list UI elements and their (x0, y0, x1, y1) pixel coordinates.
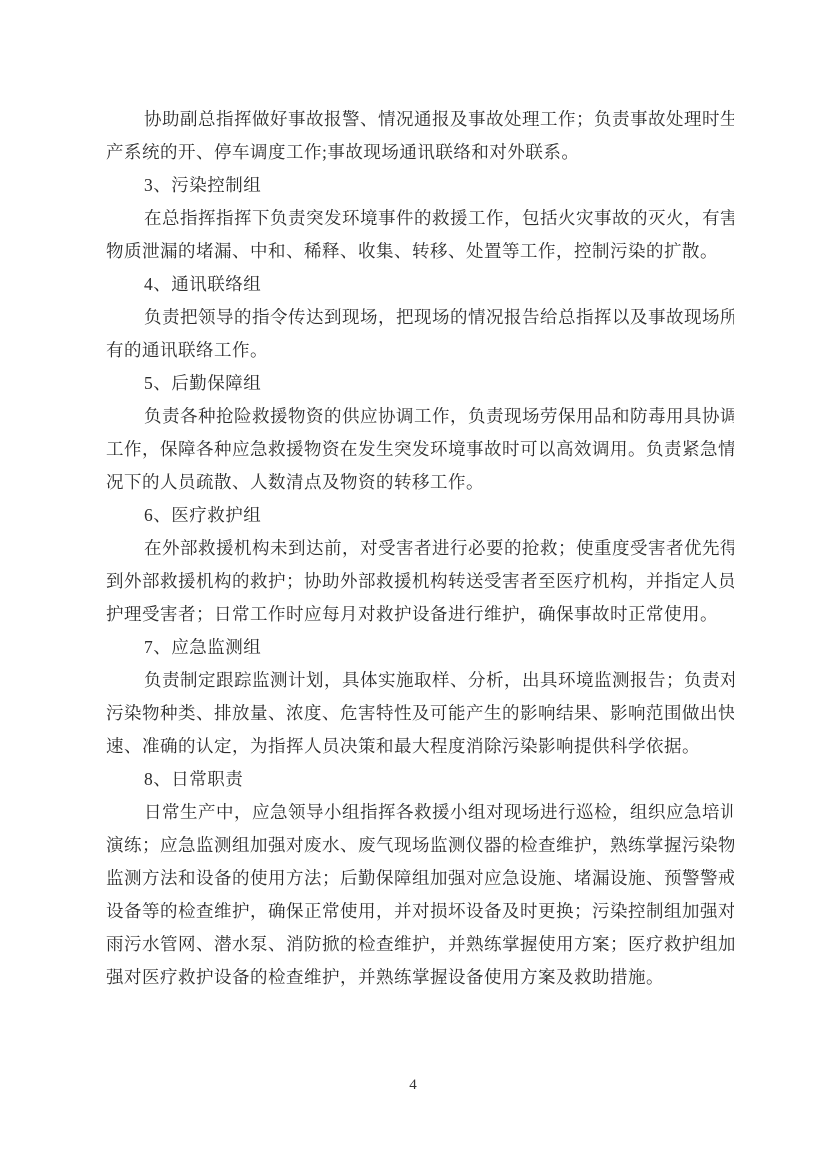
text-line: 雨污水管网、潜水泵、消防掀的检查维护，并熟练掌握使用方案；医疗救护组加 (106, 928, 734, 961)
document-page: 协助副总指挥做好事故报警、情况通报及事故处理工作；负责事故处理时生产系统的开、停… (0, 0, 826, 1169)
text-line: 物质泄漏的堵漏、中和、稀释、收集、转移、处置等工作，控制污染的扩散。 (106, 235, 734, 268)
text-line: 演练；应急监测组加强对废水、废气现场监测仪器的检查维护，熟练掌握污染物 (106, 829, 734, 862)
heading-line: 5、后勤保障组 (106, 367, 734, 400)
section-heading: 4、通讯联络组 (106, 268, 734, 301)
heading-line: 6、医疗救护组 (106, 499, 734, 532)
body-paragraph: 在外部救援机构未到达前，对受害者进行必要的抢救；使重度受害者优先得到外部救援机构… (106, 532, 734, 631)
heading-line: 3、污染控制组 (106, 169, 734, 202)
text-line: 在外部救援机构未到达前，对受害者进行必要的抢救；使重度受害者优先得 (106, 532, 734, 565)
text-line: 护理受害者；日常工作时应每月对救护设备进行维护，确保事故时正常使用。 (106, 598, 734, 631)
text-line: 负责各种抢险救援物资的供应协调工作，负责现场劳保用品和防毒用具协调 (106, 400, 734, 433)
text-line: 在总指挥指挥下负责突发环境事件的救援工作，包括火灾事故的灭火，有害 (106, 202, 734, 235)
section-heading: 3、污染控制组 (106, 169, 734, 202)
section-heading: 8、日常职责 (106, 763, 734, 796)
text-line: 负责制定跟踪监测计划，具体实施取样、分析，出具环境监测报告；负责对 (106, 664, 734, 697)
text-line: 到外部救援机构的救护；协助外部救援机构转送受害者至医疗机构，并指定人员 (106, 565, 734, 598)
document-body: 协助副总指挥做好事故报警、情况通报及事故处理工作；负责事故处理时生产系统的开、停… (106, 103, 734, 994)
text-line: 污染物种类、排放量、浓度、危害特性及可能产生的影响结果、影响范围做出快 (106, 697, 734, 730)
heading-line: 4、通讯联络组 (106, 268, 734, 301)
text-line: 有的通讯联络工作。 (106, 334, 734, 367)
page-number: 4 (0, 1074, 826, 1096)
text-line: 强对医疗救护设备的检查维护，并熟练掌握设备使用方案及救助措施。 (106, 961, 734, 994)
heading-line: 7、应急监测组 (106, 631, 734, 664)
section-heading: 5、后勤保障组 (106, 367, 734, 400)
text-line: 产系统的开、停车调度工作;事故现场通讯联络和对外联系。 (106, 136, 734, 169)
text-line: 况下的人员疏散、人数清点及物资的转移工作。 (106, 466, 734, 499)
text-line: 设备等的检查维护，确保正常使用，并对损坏设备及时更换；污染控制组加强对 (106, 895, 734, 928)
text-line: 负责把领导的指令传达到现场，把现场的情况报告给总指挥以及事故现场所 (106, 301, 734, 334)
body-paragraph: 负责制定跟踪监测计划，具体实施取样、分析，出具环境监测报告；负责对污染物种类、排… (106, 664, 734, 763)
body-paragraph: 协助副总指挥做好事故报警、情况通报及事故处理工作；负责事故处理时生产系统的开、停… (106, 103, 734, 169)
body-paragraph: 日常生产中，应急领导小组指挥各救援小组对现场进行巡检，组织应急培训演练；应急监测… (106, 796, 734, 994)
section-heading: 7、应急监测组 (106, 631, 734, 664)
body-paragraph: 负责把领导的指令传达到现场，把现场的情况报告给总指挥以及事故现场所有的通讯联络工… (106, 301, 734, 367)
body-paragraph: 在总指挥指挥下负责突发环境事件的救援工作，包括火灾事故的灭火，有害物质泄漏的堵漏… (106, 202, 734, 268)
section-heading: 6、医疗救护组 (106, 499, 734, 532)
text-line: 速、准确的认定，为指挥人员决策和最大程度消除污染影响提供科学依据。 (106, 730, 734, 763)
text-line: 协助副总指挥做好事故报警、情况通报及事故处理工作；负责事故处理时生 (106, 103, 734, 136)
text-line: 日常生产中，应急领导小组指挥各救援小组对现场进行巡检，组织应急培训 (106, 796, 734, 829)
text-line: 工作，保障各种应急救援物资在发生突发环境事故时可以高效调用。负责紧急情 (106, 433, 734, 466)
heading-line: 8、日常职责 (106, 763, 734, 796)
body-paragraph: 负责各种抢险救援物资的供应协调工作，负责现场劳保用品和防毒用具协调工作，保障各种… (106, 400, 734, 499)
text-line: 监测方法和设备的使用方法；后勤保障组加强对应急设施、堵漏设施、预警警戒 (106, 862, 734, 895)
